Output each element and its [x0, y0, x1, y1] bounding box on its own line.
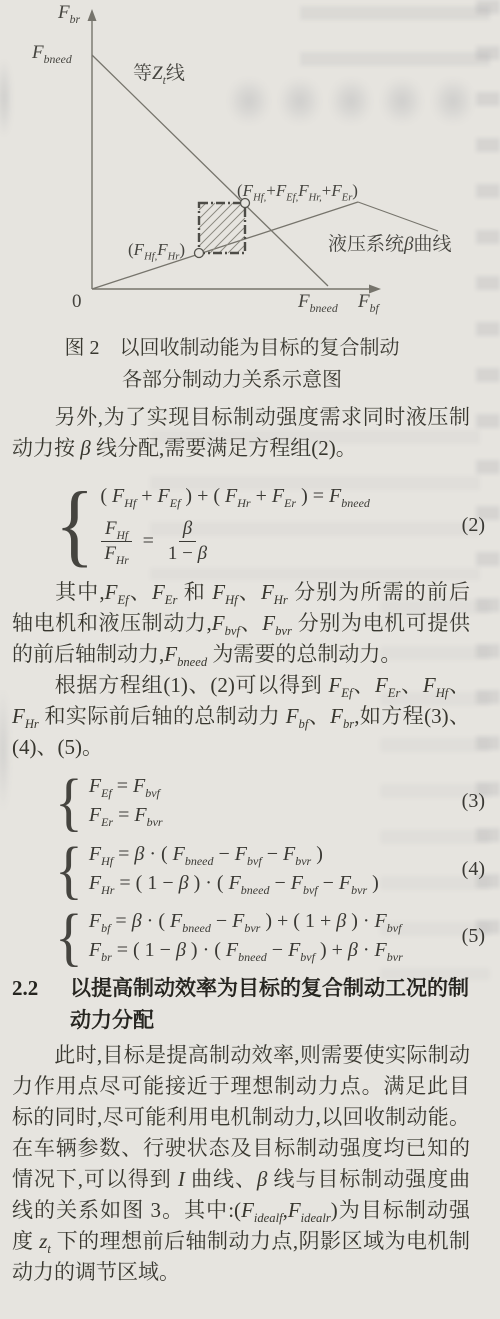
section-number: 2.2 — [12, 972, 70, 1036]
beta-label-leader-line — [358, 202, 438, 231]
point-lower-label: (FHf,FHr) — [128, 240, 185, 260]
x-bneed-label: Fbneed — [298, 291, 338, 313]
paragraph-equation2-intro: 另外,为了实现目标制动强度需求同时液压制动力按 β 线分配,需要满足方程组(2)… — [12, 402, 470, 464]
equation-5: { Fbf = β · ( Fbneed − Fbvr ) + ( 1 + β … — [55, 902, 485, 970]
beta-curve-label: 液压系统β曲线 — [328, 229, 452, 256]
paragraph-text: 此时,目标是提高制动效率,则需要使实际制动力作用点尽可能接近于理想制动力点。满足… — [12, 1043, 470, 1284]
fraction: FHf FHr — [100, 518, 132, 565]
equation-number: (4) — [462, 858, 485, 881]
equation-2-line2: FHf FHr = β 1 − β — [100, 518, 370, 565]
equation-3-line2: FEr = Fbvr — [89, 804, 163, 827]
paper-page: { "page": { "bg": "#e6e4df", "ink": "#38… — [0, 0, 500, 1319]
x-axis-label: Fbf — [358, 291, 379, 313]
paragraph-text: 另外,为了实现目标制动强度需求同时液压制动力按 β 线分配,需要满足方程组(2)… — [12, 405, 470, 460]
paragraph-derivation: 根据方程组(1)、(2)可以得到 FEf、FEr、FHf、FHr 和实际前后轴的… — [12, 670, 470, 763]
figure-2-diagram: Fbr Fbneed 等Zt线 (FHf,+FEf,FHr,+FEr) (FHf… — [0, 0, 500, 330]
equation-2: { ( FHf + FEf ) + ( FHr + FEr ) = Fbneed… — [55, 476, 485, 574]
paragraph-text: 根据方程组(1)、(2)可以得到 FEf、FEr、FHf、FHr 和实际前后轴的… — [12, 673, 470, 759]
y-intercept-label: Fbneed — [32, 42, 72, 64]
y-axis-arrow-icon — [88, 9, 97, 21]
figure-2-canvas — [0, 0, 500, 330]
bleedthrough-artifact — [0, 690, 10, 810]
equation-5-line1: Fbf = β · ( Fbneed − Fbvr ) + ( 1 + β ) … — [89, 910, 403, 933]
figure-caption-line1: 图 2 以回收制动能为目标的复合制动 — [0, 332, 464, 364]
equation-number: (5) — [462, 925, 485, 948]
equal-z-line-label: 等Zt线 — [133, 58, 185, 85]
section-title: 以提高制动效率为目标的复合制动工况的制动力分配 — [70, 972, 482, 1036]
equation-4: { FHf = β · ( Fbneed − Fbvf − Fbvr ) FHr… — [55, 836, 485, 902]
fraction: β 1 − β — [164, 518, 211, 565]
brace-icon: { — [55, 763, 83, 838]
equation-5-line2: Fbr = ( 1 − β ) · ( Fbneed − Fbvf ) + β … — [89, 939, 403, 962]
equation-number: (2) — [462, 514, 485, 537]
motor-adjustment-region-box — [199, 203, 245, 253]
brace-icon: { — [55, 898, 83, 973]
equation-4-line1: FHf = β · ( Fbneed − Fbvf − Fbvr ) — [89, 843, 379, 866]
paragraph-efficiency-goal: 此时,目标是提高制动效率,则需要使实际制动力作用点尽可能接近于理想制动力点。满足… — [12, 1040, 470, 1288]
y-axis-label: Fbr — [58, 2, 80, 24]
equation-4-line2: FHr = ( 1 − β ) · ( Fbneed − Fbvf − Fbvr… — [89, 872, 379, 895]
equation-3: { FEf = Fbvf FEr = Fbvr (3) — [55, 766, 485, 836]
equation-number: (3) — [462, 790, 485, 813]
brace-icon: { — [55, 831, 83, 906]
figure-caption-line2: 各部分制动力关系示意图 — [0, 364, 464, 396]
figure-caption: 图 2 以回收制动能为目标的复合制动 各部分制动力关系示意图 — [0, 332, 464, 396]
fraction-denominator: 1 − β — [164, 542, 211, 565]
point-hydraulic-braking — [195, 249, 204, 258]
fraction-denominator: FHr — [100, 542, 132, 565]
fraction-numerator: β — [179, 518, 196, 542]
equation-2-line1: ( FHf + FEf ) + ( FHr + FEr ) = Fbneed — [100, 485, 370, 508]
hatch-lines — [199, 203, 245, 253]
equals-sign: = — [143, 530, 154, 553]
point-upper-label: (FHf,+FEf,FHr,+FEr) — [237, 181, 358, 201]
paragraph-text: 其中,FEf、FEr 和 FHf、FHr 分别为所需的前后轴电机和液压制动力,F… — [12, 580, 470, 666]
section-heading-2-2: 2.2 以提高制动效率为目标的复合制动工况的制动力分配 — [12, 972, 482, 1036]
fraction-numerator: FHf — [101, 518, 132, 542]
paragraph-symbol-definitions: 其中,FEf、FEr 和 FHf、FHr 分别为所需的前后轴电机和液压制动力,F… — [12, 577, 470, 670]
origin-label: 0 — [72, 291, 82, 313]
equation-3-line1: FEf = Fbvf — [89, 775, 163, 798]
brace-icon: { — [55, 472, 94, 577]
